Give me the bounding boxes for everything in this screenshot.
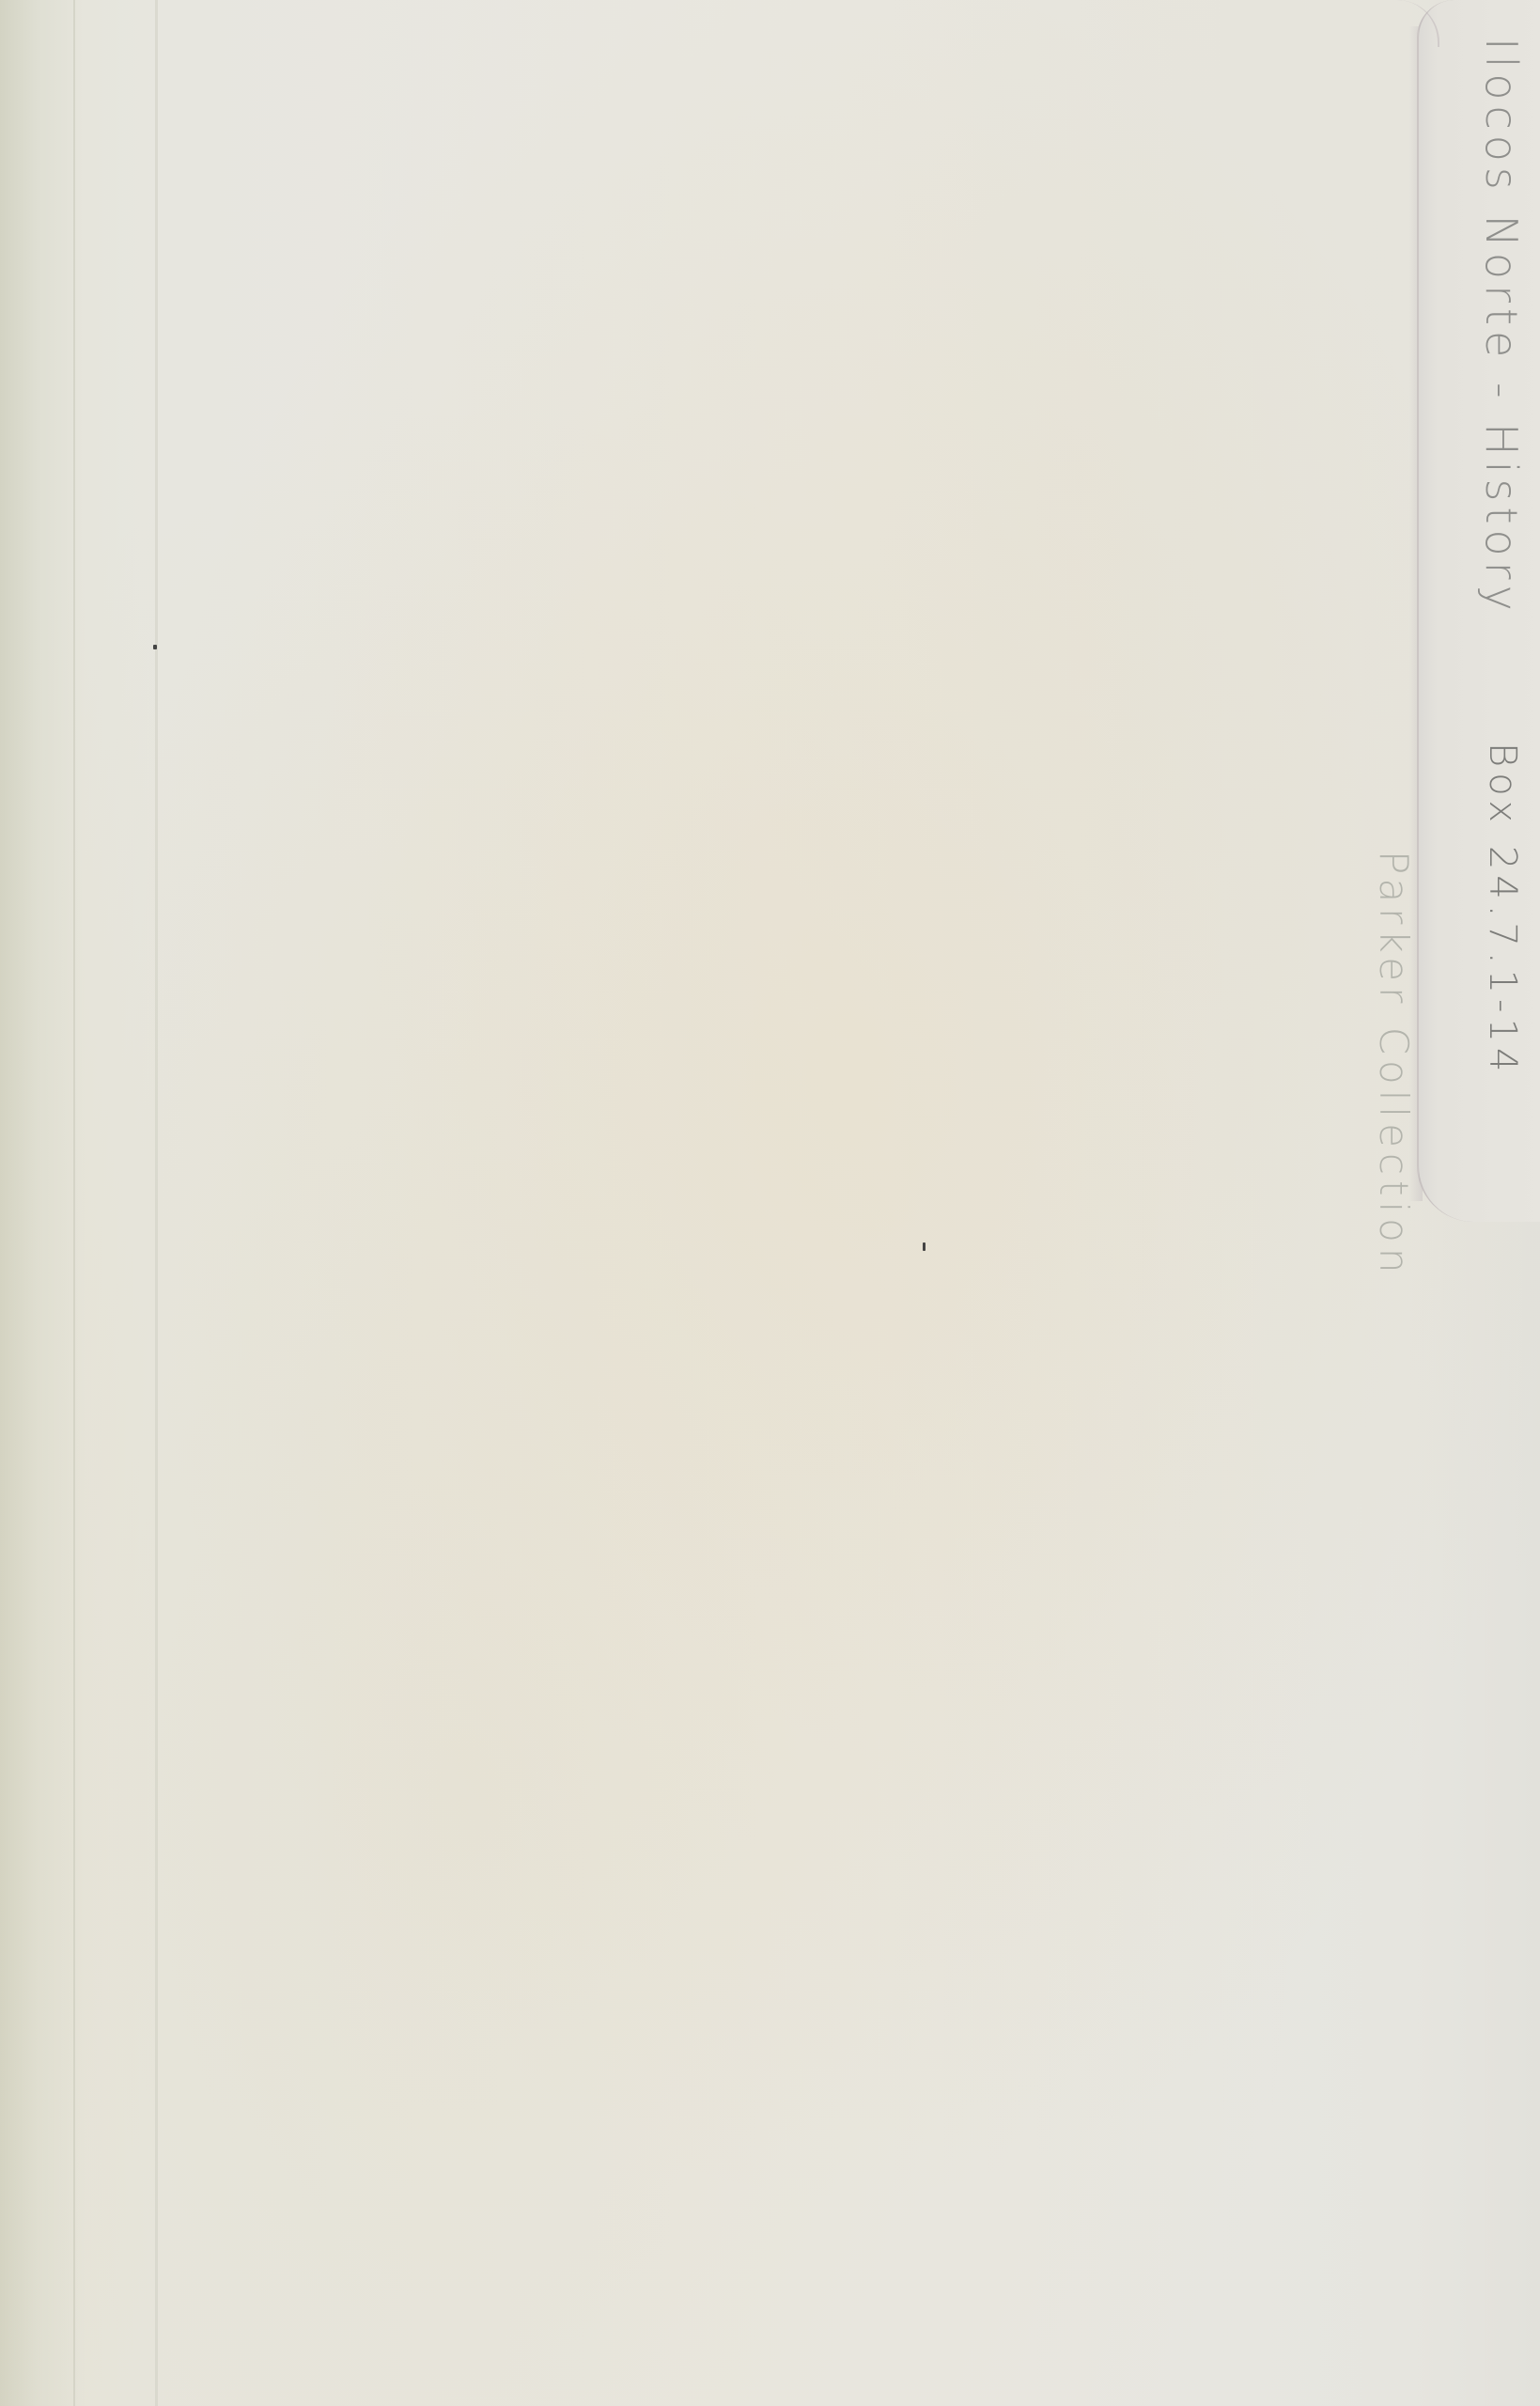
paper-speck <box>923 1242 926 1251</box>
paper-speck <box>153 645 157 649</box>
tab-title-handwritten: Ilocos Norte - History <box>1476 38 1527 617</box>
folder-score-line <box>155 0 158 2406</box>
file-folder: Ilocos Norte - History Box 24.7.1-14 Par… <box>0 0 1540 2406</box>
collection-name-handwritten: Parker Collection <box>1371 851 1417 1278</box>
box-number-handwritten: Box 24.7.1-14 <box>1481 742 1524 1077</box>
folder-score-line <box>73 0 75 2406</box>
